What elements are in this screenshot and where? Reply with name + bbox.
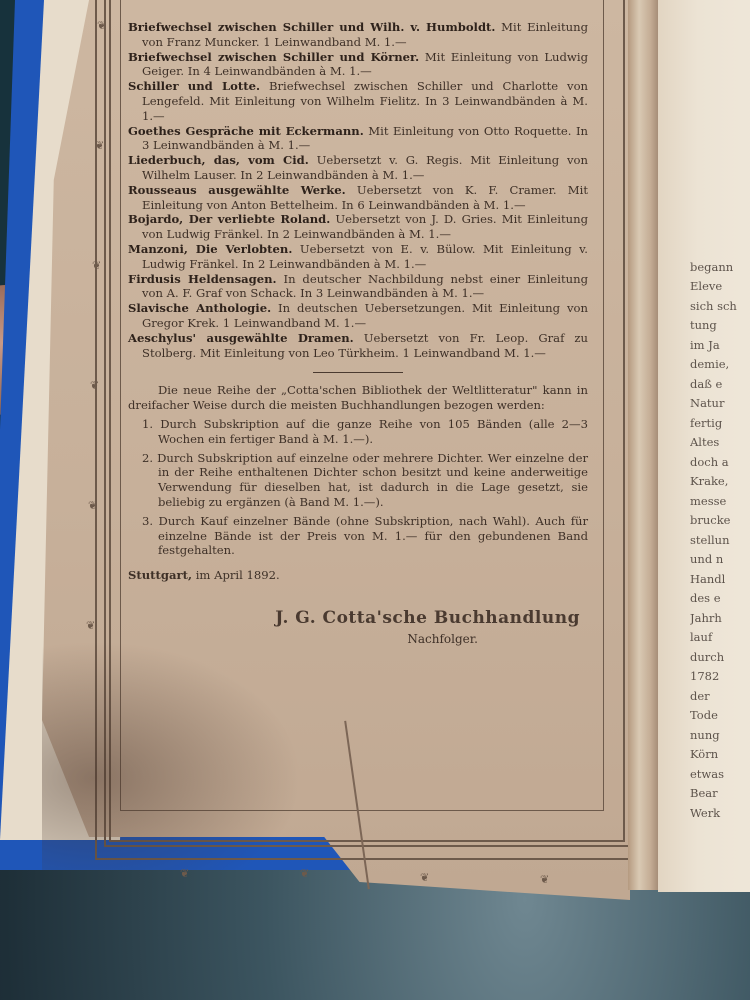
date: im April 1892. xyxy=(196,568,280,582)
catalog-entry: Briefwechsel zwischen Schiller und Wilh.… xyxy=(128,20,588,50)
catalog-entry: Rousseaus ausgewählte Werke. Uebersetzt … xyxy=(128,183,588,213)
book-gutter xyxy=(628,0,660,890)
place-date: Stuttgart, im April 1892. xyxy=(128,568,588,583)
fleuron-icon: ❦ xyxy=(97,20,106,31)
fleuron-icon: ❦ xyxy=(300,868,309,879)
fleuron-icon: ❦ xyxy=(420,872,429,883)
catalog-entry: Firdusis Heldensagen. In deutscher Nachb… xyxy=(128,272,588,302)
fleuron-icon: ❦ xyxy=(92,260,101,271)
right-page-text: Z begann Eleve sich sch tung im Ja demie… xyxy=(690,238,750,823)
catalog-entry: Slavische Anthologie. In deutschen Ueber… xyxy=(128,301,588,331)
subscription-option: 3. Durch Kauf einzelner Bände (ohne Subs… xyxy=(128,514,588,558)
catalog-entry: Aeschylus' ausgewählte Dramen. Uebersetz… xyxy=(128,331,588,361)
fleuron-icon: ❦ xyxy=(95,140,104,151)
fleuron-icon: ❦ xyxy=(86,620,95,631)
catalog-entry: Schiller und Lotte. Briefwechsel zwische… xyxy=(128,79,588,123)
publisher-signature: J. G. Cotta'sche Buchhandlung xyxy=(128,611,588,626)
subscription-option: 1. Durch Subskription auf die ganze Reih… xyxy=(128,417,588,447)
place: Stuttgart, xyxy=(128,568,192,582)
section-divider xyxy=(313,372,403,373)
fleuron-icon: ❦ xyxy=(180,868,189,879)
fleuron-icon: ❦ xyxy=(88,500,97,511)
catalog-entry: Goethes Gespräche mit Eckermann. Mit Ein… xyxy=(128,124,588,154)
advertisement-text: Briefwechsel zwischen Schiller und Wilh.… xyxy=(128,20,588,646)
publisher-successor: Nachfolger. xyxy=(128,632,588,647)
fleuron-icon: ❦ xyxy=(540,874,549,885)
fleuron-icon: ❦ xyxy=(90,380,99,391)
catalog-entry: Bojardo, Der verliebte Roland. Uebersetz… xyxy=(128,212,588,242)
catalog-entry: Briefwechsel zwischen Schiller und Körne… xyxy=(128,50,588,80)
catalog-entry: Manzoni, Die Verlobten. Uebersetzt von E… xyxy=(128,242,588,272)
catalog-entry: Liederbuch, das, vom Cid. Uebersetzt v. … xyxy=(128,153,588,183)
subscription-option: 2. Durch Subskription auf einzelne oder … xyxy=(128,451,588,510)
subscription-notice: Die neue Reihe der „Cotta'schen Biblioth… xyxy=(128,383,588,413)
